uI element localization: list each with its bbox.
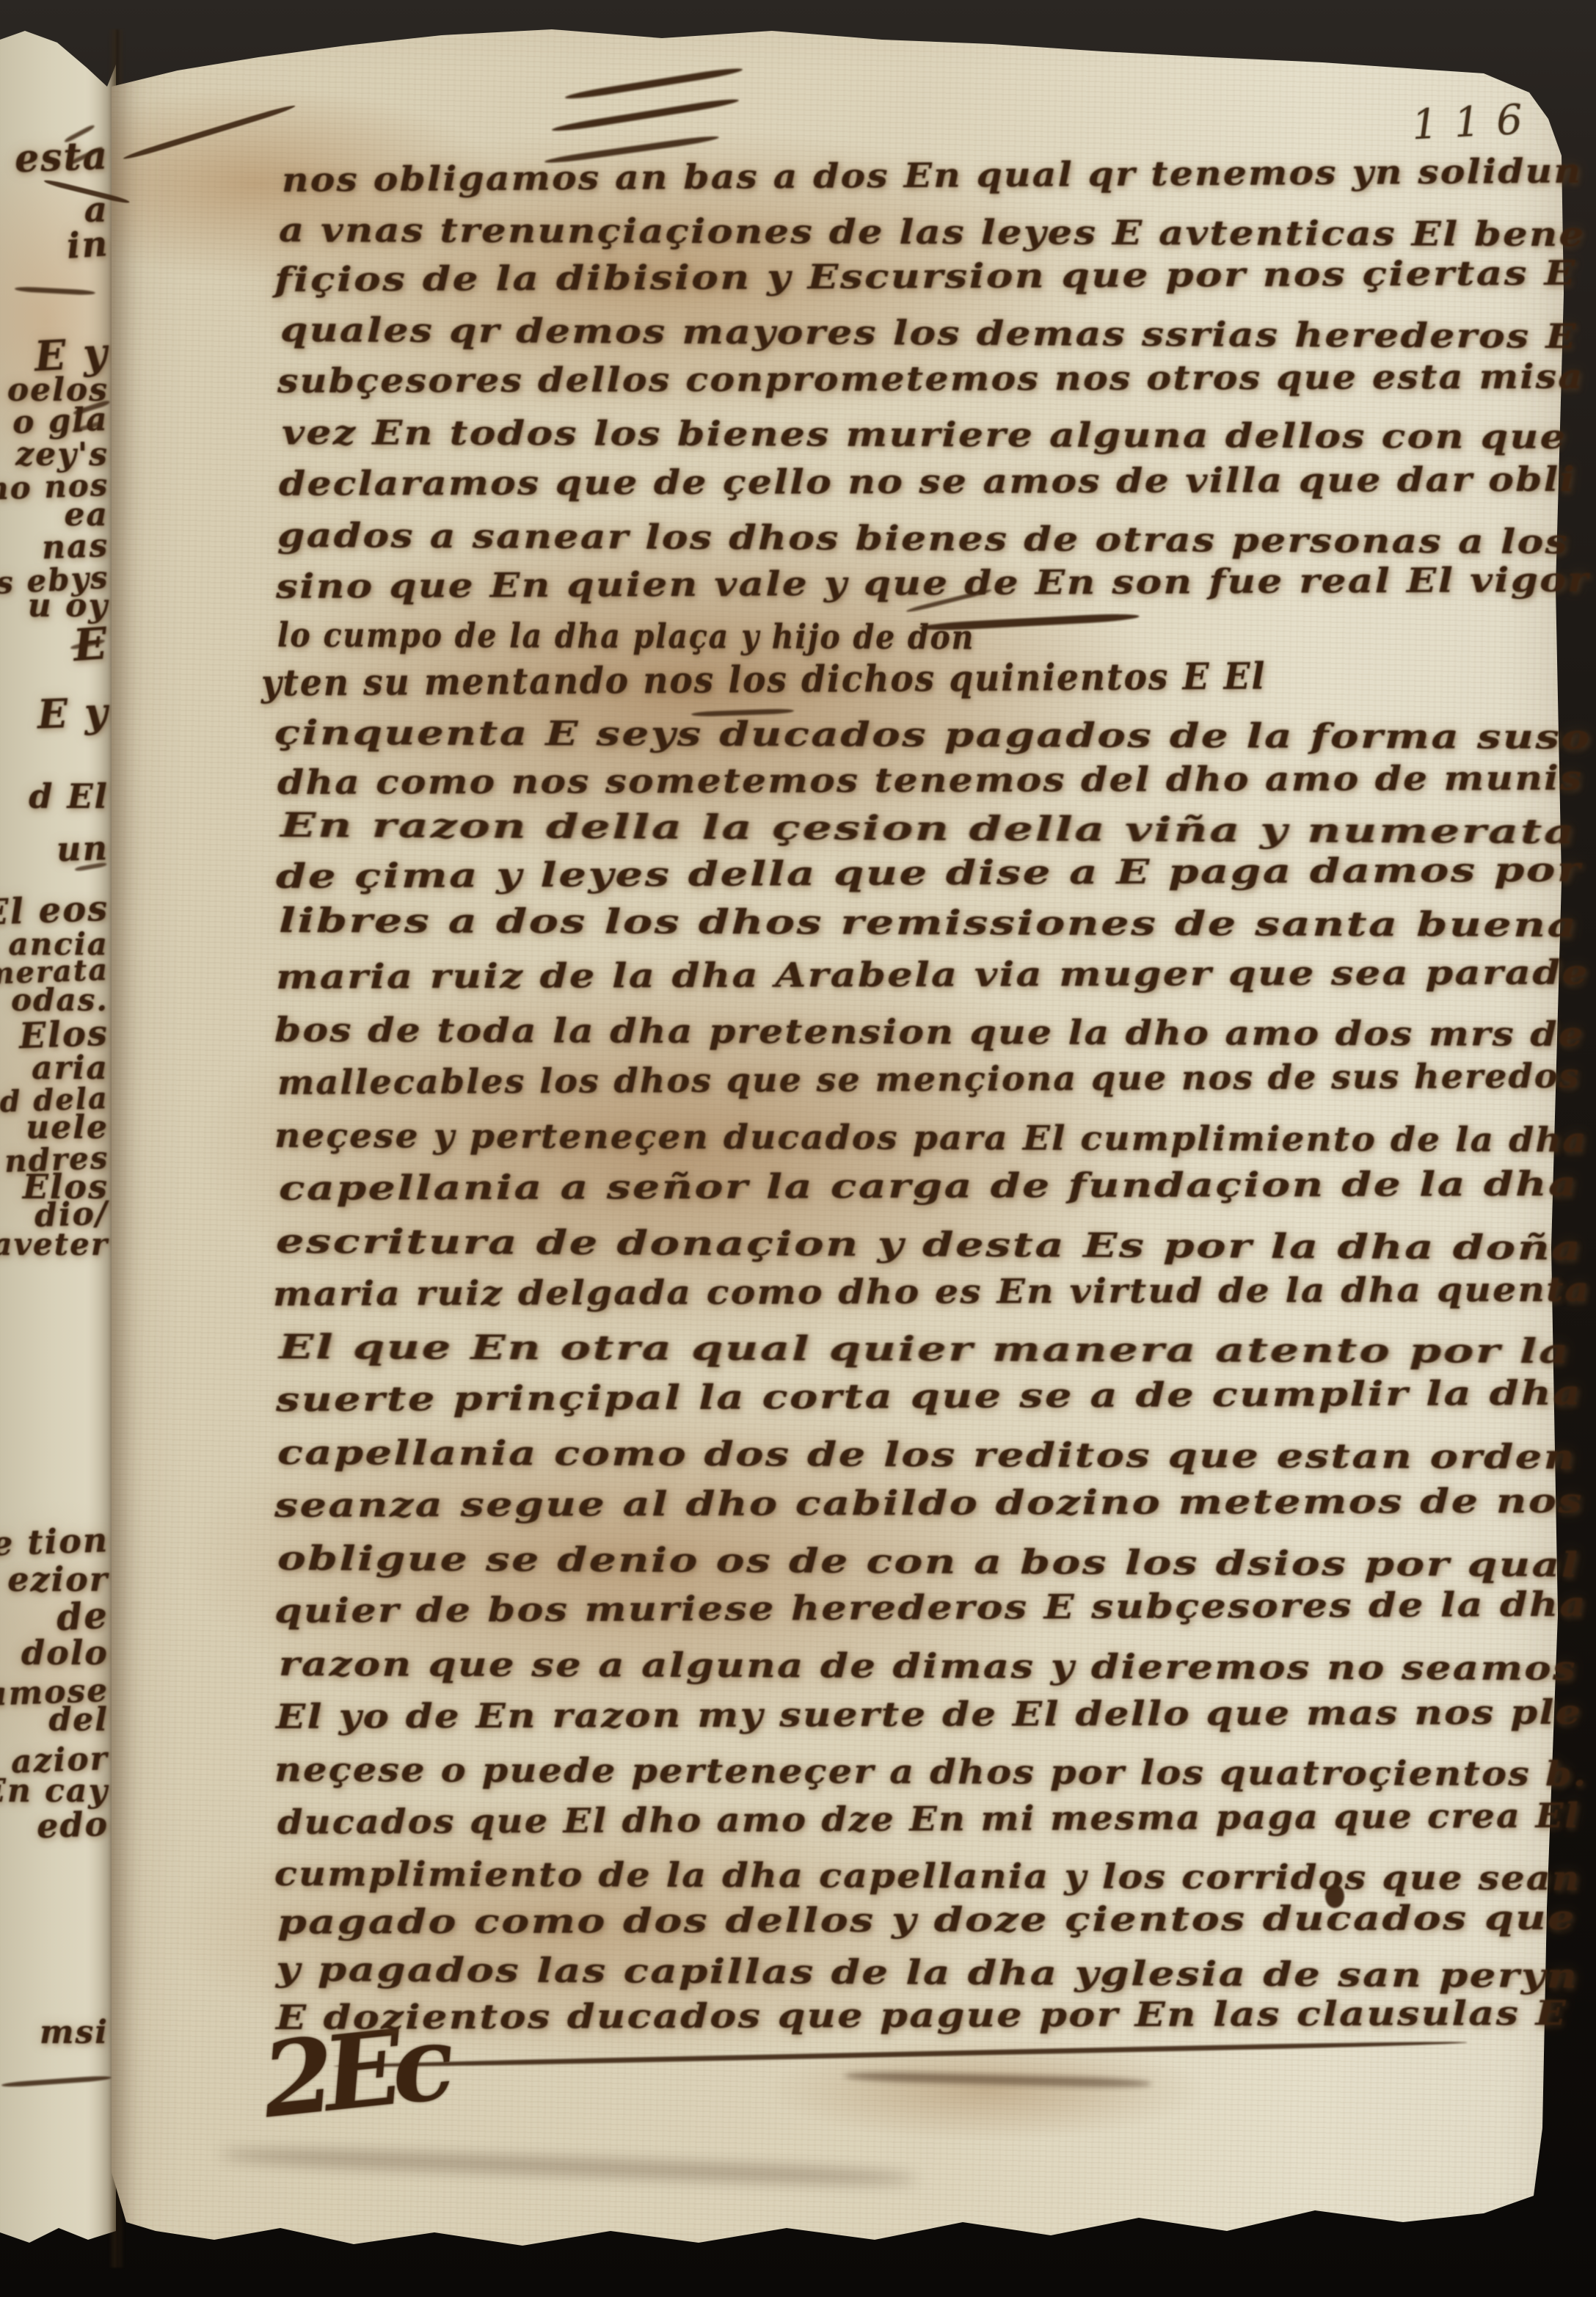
handwriting-line: El yo de En razon my suerte de El dello …: [276, 1692, 1582, 1736]
facing-page-fragment: msi: [40, 2014, 109, 2051]
handwriting-line: pagado como dos dellos y doze çientos du…: [277, 1898, 1576, 1942]
handwriting-line: quales qr demos mayores los demas ssrias…: [280, 310, 1578, 356]
handwriting-line: El que En otra qual quier manera atento …: [279, 1327, 1570, 1371]
handwriting-line: maria ruiz de la dha Arabela via muger q…: [276, 953, 1589, 997]
handwriting-line: libres a dos los dhos remissiones de san…: [279, 900, 1578, 944]
handwriting-line: capellania a señor la carga de fundaçion…: [279, 1164, 1578, 1208]
handwriting-line: subçesores dellos conprometemos nos otro…: [277, 357, 1584, 401]
handwriting-line: yten su mentando nos los dichos quinient…: [261, 654, 1267, 705]
facing-page-fragment: del: [49, 1701, 109, 1739]
facing-page-edge: estaainE yoeloso glazey'smo noseanasos e…: [0, 0, 116, 2297]
facing-page-fragment: d El: [29, 776, 109, 816]
handwriting-line: a vnas trenunçiaçiones de las leyes E av…: [279, 210, 1586, 254]
facing-page-fragment: ezior: [7, 1559, 109, 1599]
handwriting-line: suerte prinçipal la corta que se a de cu…: [276, 1373, 1582, 1419]
handwriting-line: razon que se a alguna de dimas y dieremo…: [279, 1644, 1577, 1688]
handwriting-line: dha como nos sometemos tenemos del dho a…: [277, 758, 1584, 802]
ink-blot: [1325, 1885, 1344, 1908]
handwriting-line: lo cumpo de la dha plaça y hijo de don: [277, 615, 974, 657]
handwriting-line: sino que En quien vale y que de En son f…: [276, 560, 1590, 606]
handwriting-line: mallecables los dhos que se mençiona que…: [277, 1056, 1581, 1102]
handwriting-line: neçese o puede perteneçer a dhos por los…: [274, 1750, 1588, 1794]
facing-page-fragment: esta: [14, 134, 109, 181]
handwriting-line: cumplimiento de la dha capellania y los …: [274, 1854, 1581, 1898]
handwriting-line: declaramos que de çello no se amos de vi…: [279, 459, 1576, 503]
handwriting-line: fiçios de la dibision y Escursion que po…: [274, 253, 1577, 299]
facing-page-fragment: E y: [37, 688, 110, 738]
handwriting-line: bos de toda la dha pretension que la dho…: [274, 1010, 1584, 1054]
handwriting-line: maria ruiz delgada como dho es En virtud…: [273, 1270, 1591, 1314]
handwriting-line: capellania como dos de los reditos que e…: [277, 1433, 1576, 1477]
handwriting-line: ducados que El dho amo dze En mi mesma p…: [277, 1796, 1580, 1842]
handwriting-line: de çima y leyes della que dise a E paga …: [276, 850, 1582, 896]
manuscript-photograph: estaainE yoeloso glazey'smo noseanasos e…: [0, 0, 1596, 2297]
handwriting-line: y pagados las capillas de la dha yglesia…: [276, 1949, 1578, 1995]
handwriting-line: En razon della la çesion della viña y nu…: [280, 805, 1576, 851]
folio-number: 116: [1410, 95, 1539, 150]
handwriting-line: çinquenta E seys ducados pagados de la f…: [274, 713, 1592, 757]
handwriting-line: E dozientos ducados que pague por En las…: [276, 1993, 1567, 2037]
facing-page-fragment: aveter: [0, 1226, 109, 1262]
handwriting-line: quier de bos muriese herederos E subçeso…: [274, 1584, 1587, 1631]
handwriting-line: obligue se denio os de con a bos los dsi…: [277, 1538, 1580, 1584]
handwriting-line: gados a sanear los dhos bienes de otras …: [277, 515, 1569, 561]
facing-page-fragment: dolo: [21, 1633, 109, 1672]
facing-page-fragment: in: [65, 223, 110, 267]
handwriting-line: seanza segue al dho cabildo dozino metem…: [274, 1481, 1584, 1525]
handwriting-line: vez En todos los bienes muriere alguna d…: [282, 412, 1567, 456]
facing-page-fragment: e tion: [0, 1520, 109, 1564]
handwriting-line: escritura de donaçion y desta Es por la …: [276, 1221, 1583, 1267]
handwriting-line: neçese y perteneçen ducados para El cump…: [274, 1115, 1588, 1160]
facing-page-fragment: edo: [36, 1804, 109, 1846]
